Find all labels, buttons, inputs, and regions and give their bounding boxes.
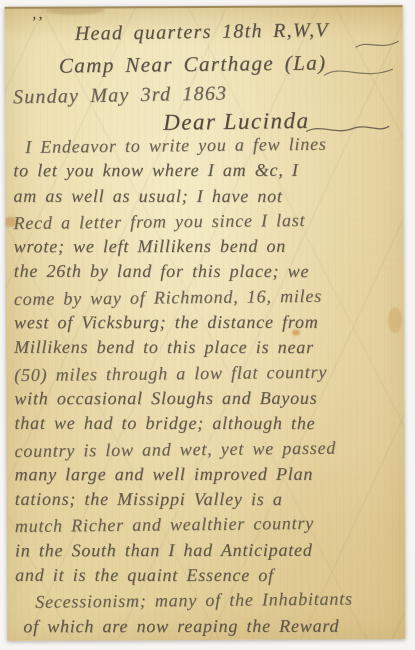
heading-location: Camp Near Carthage (La) [59,51,327,79]
letter-line: Secessionism; many of the Inhabitants [15,588,403,617]
letter-line: am as well as usual; I have not [13,185,401,211]
letter-line: (50) miles through a low flat country [14,361,402,390]
letter-line: to let you know where I am &c, I [13,160,401,186]
flourish-swash-icon [323,63,395,81]
letter-line: that we had to bridge; although the [14,413,402,439]
letter-line: country is low and wet, yet we passed [14,437,402,466]
letter-line: tations; the Missippi Valley is a [15,489,403,515]
edge-stain [45,6,105,14]
letter-line: west of Vicksburg; the distance from [14,312,402,338]
letter-line: of which are now reaping the Reward [15,615,403,641]
letter-line: wrote; we left Millikens bend on [14,236,402,262]
flourish-swash-icon [355,37,401,51]
letter-line: come by way of Richmond, 16, miles [14,285,402,314]
heading-date: Sunday May 3rd 1863 [13,82,228,109]
scan-background: ’’ Head quarters 18th R,W,V Camp Near Ca… [0,0,415,650]
letter-line: mutch Richer and wealthier country [15,512,403,541]
letter-body: I Endeavor to write you a few lines to l… [13,134,403,641]
letter-line: Millikens bend to this place is near [14,337,402,363]
letter-line: with occasional Sloughs and Bayous [14,388,402,414]
letter-line: many large and well improved Plan [15,464,403,490]
heading-unit: Head quarters 18th R,W,V [75,19,329,46]
corner-mark: ’’ [31,15,45,32]
salutation: Dear Lucinda [163,108,310,136]
letter-line: in the South than I had Anticipated [15,539,403,565]
letter-line: I Endeavor to write you a few lines [13,133,401,162]
letter-page: ’’ Head quarters 18th R,W,V Camp Near Ca… [5,5,406,641]
letter-line: Recd a letter from you since I last [13,209,401,238]
letter-line: the 26th by land for this place; we [14,261,402,287]
letter-line: and it is the quaint Essence of [15,565,403,591]
